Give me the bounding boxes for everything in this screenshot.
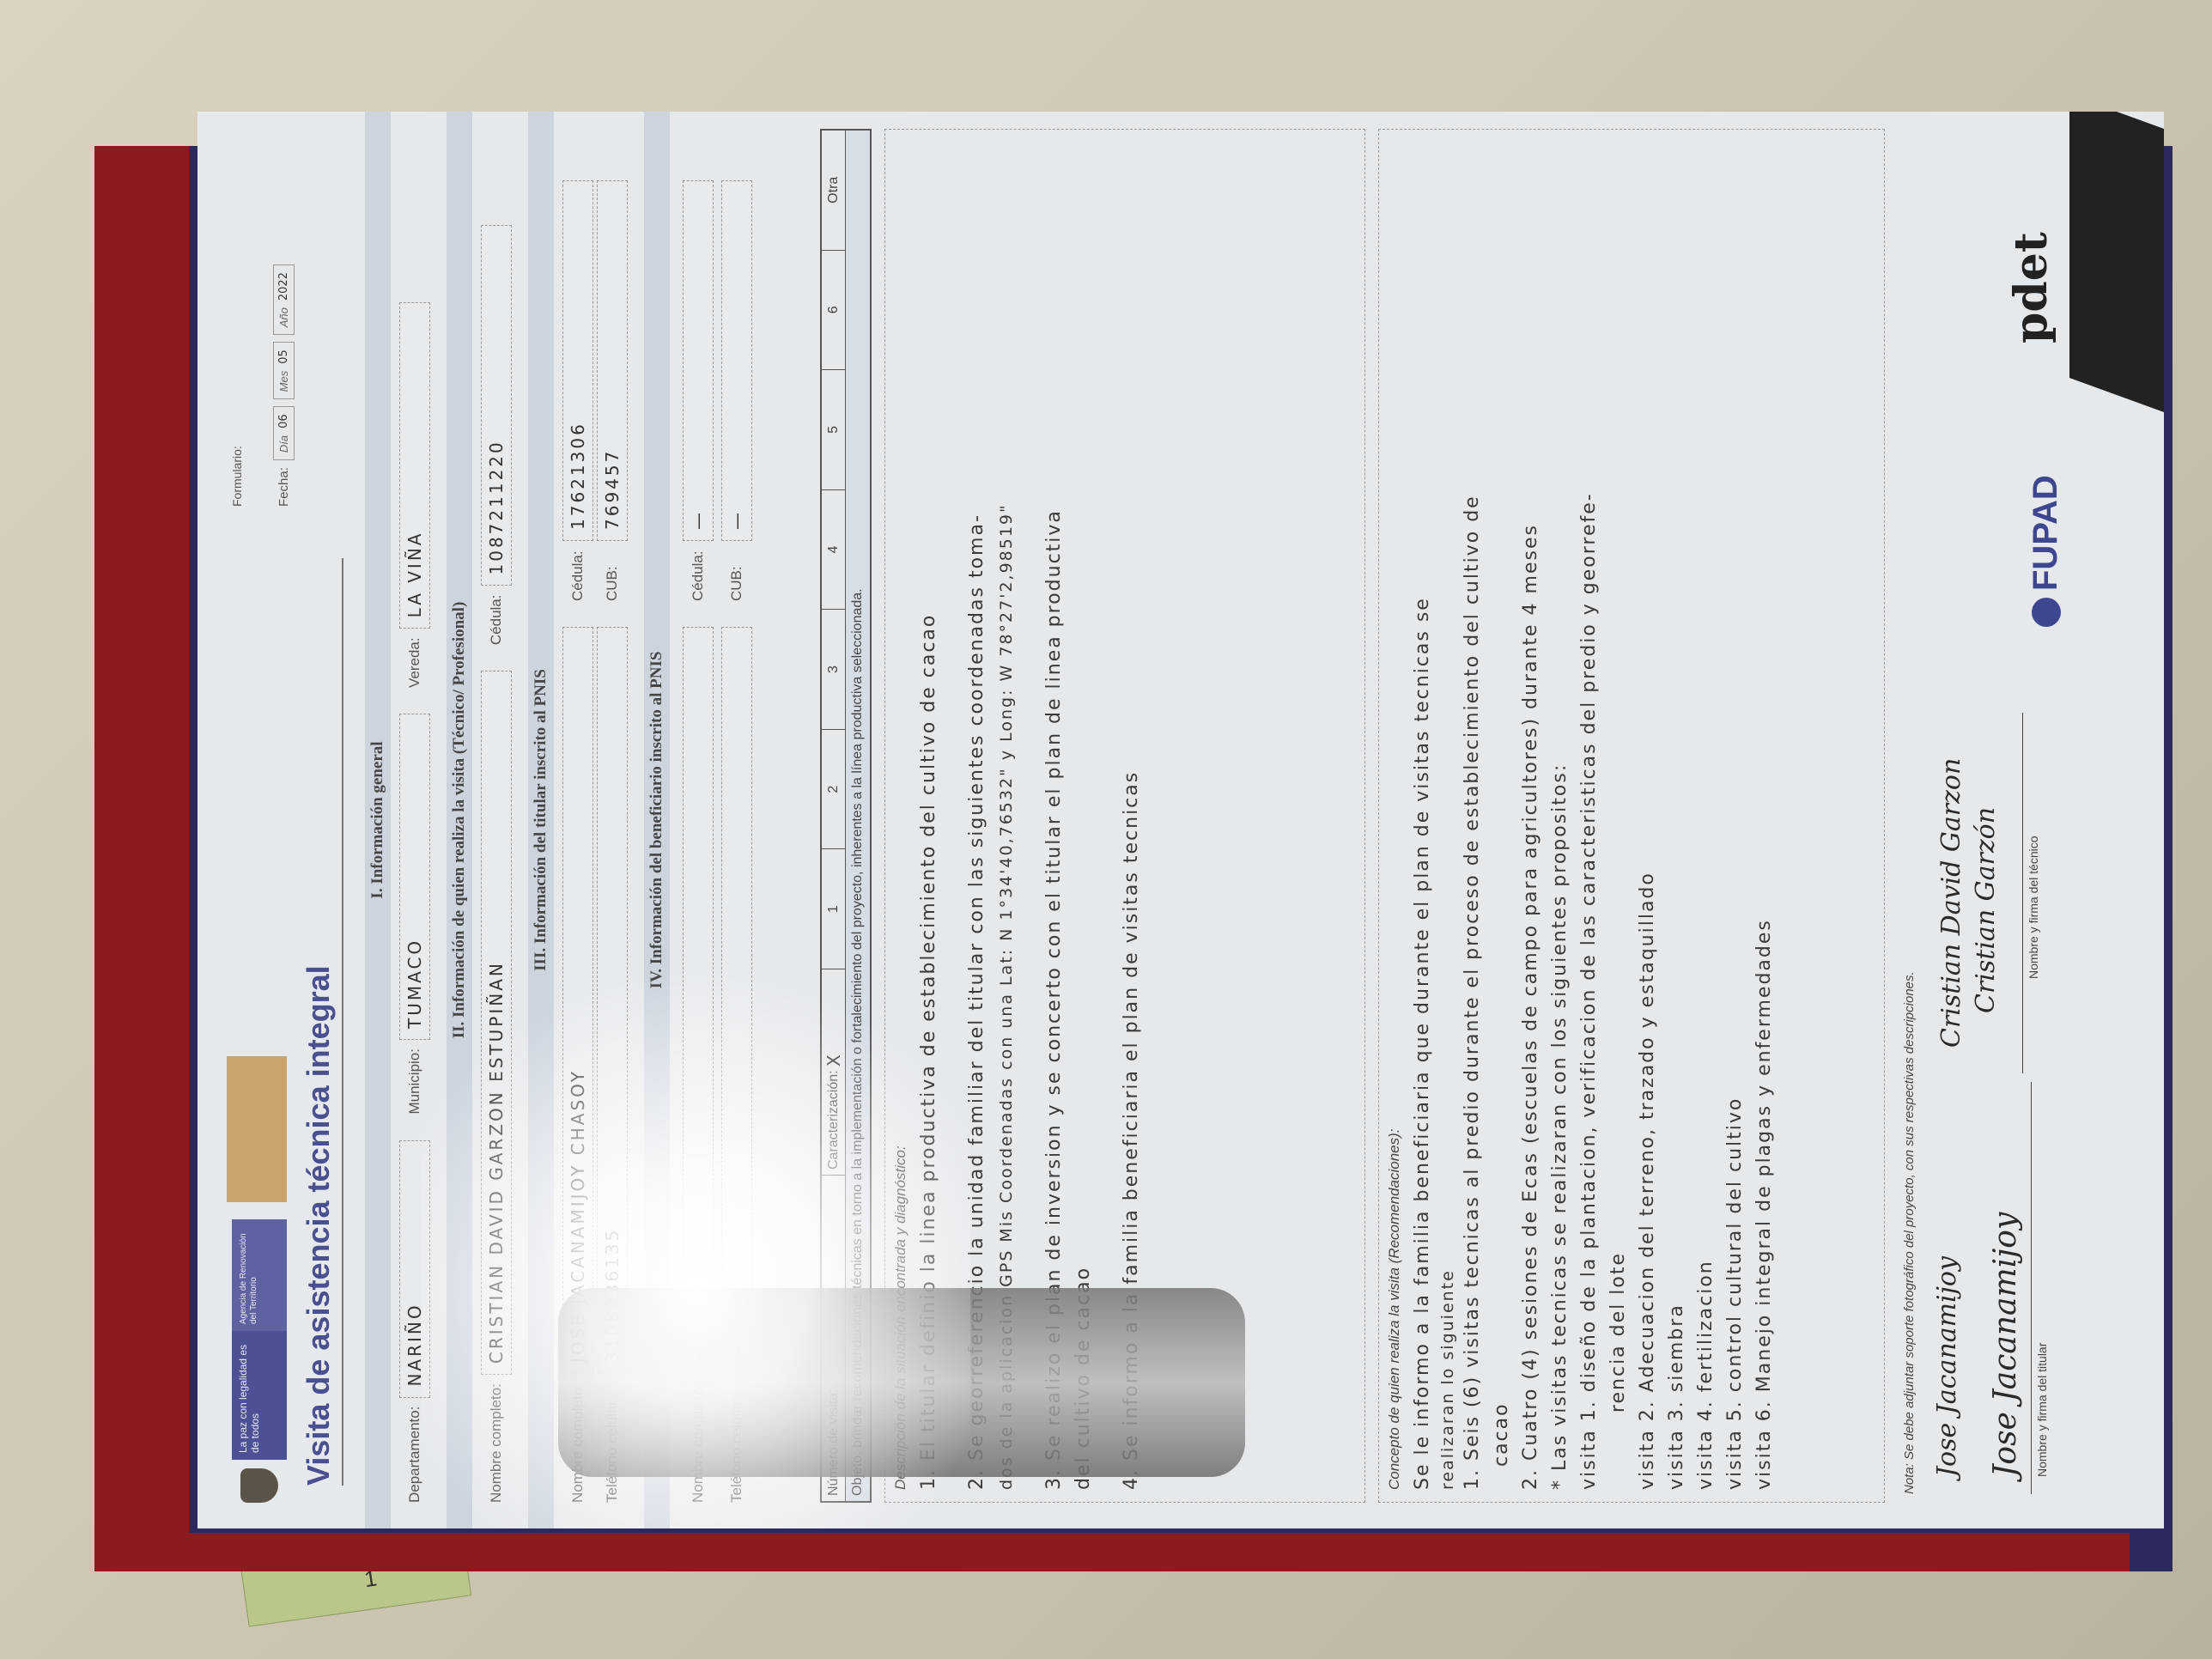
cub-label: CUB: (728, 550, 745, 601)
section-title: III. Información del titular inscrito al… (528, 112, 554, 1528)
visit-option-1[interactable]: 1 (822, 848, 845, 969)
tecnico-cedula-field[interactable]: 1087211220 (481, 226, 512, 586)
concepto-label: Concepto de quien realiza la visita (Rec… (1386, 142, 1403, 1490)
tecnico-nombre-field[interactable]: CRISTIAN DAVID GARZON ESTUPIÑAN (481, 671, 512, 1375)
beneficiario-telefono-field[interactable]: — (721, 627, 752, 1374)
cedula-label: Cédula: (569, 550, 586, 601)
municipio-label: Municipio: (406, 1048, 423, 1115)
concepto-line: realizaran lo siguiente (1437, 142, 1458, 1490)
tecnico-row: Nombre completo: CRISTIAN DAVID GARZON E… (481, 226, 512, 1504)
visit-option-3[interactable]: 3 (822, 609, 845, 729)
concepto-line: 2. Cuatro (4) sesiones de Ecas (escuelas… (1516, 142, 1546, 1490)
visit-option-otra[interactable]: Otra (822, 131, 845, 250)
fupad-logo: FUPAD (2027, 475, 2065, 627)
tecnico-name-handwritten: Cristian David Garzon (1936, 758, 1966, 1048)
visit-option-4[interactable]: 4 (822, 489, 845, 610)
mes-label: Mes (277, 371, 290, 392)
dia-label: Día (277, 435, 290, 453)
concepto-line: * Las visitas tecnicas se realizaran con… (1546, 142, 1575, 1490)
anio-value[interactable]: 2022 (277, 272, 290, 301)
titular-signature-label: Nombre y firma del titular (2035, 1343, 2049, 1477)
titular-telefono-field[interactable]: 3108936135 (597, 627, 628, 1374)
tecnico-signature-line (2022, 713, 2023, 1073)
section-title: II. Información de quien realiza la visi… (447, 112, 472, 1528)
brand-logo: La paz con legalidad es de todos (232, 1331, 287, 1460)
dia-value[interactable]: 06 (277, 414, 290, 428)
clipboard-clamp (558, 1288, 1245, 1477)
titular-signature-line (2031, 1082, 2032, 1494)
municipio-field[interactable]: TUMACO (399, 714, 430, 1040)
date-field: Fecha: Día06 Mes05 Año2022 (273, 264, 295, 507)
coat-of-arms-icon (240, 1468, 278, 1503)
formulario-label: Formulario: (230, 446, 244, 507)
concepto-line: rencia del lote (1604, 142, 1633, 1490)
form-sheet: La paz con legalidad es de todos Agencia… (197, 112, 2164, 1528)
visit-option-2[interactable]: 2 (822, 729, 845, 849)
titular-nombre-field[interactable]: JOSE JACANAMIJOY CHASOY (562, 627, 593, 1374)
titular-cedula-field[interactable]: 17621306 (562, 180, 593, 541)
vereda-label: Vereda: (406, 637, 423, 688)
general-info-row: Departamento: NARIÑO Municipio: TUMACO V… (399, 302, 430, 1503)
beneficiario-nombre-field[interactable]: — (683, 627, 714, 1374)
anio-label: Año (277, 307, 290, 327)
caracterizacion-cell[interactable]: Caracterización: X (822, 969, 845, 1175)
fupad-text: FUPAD (2027, 475, 2065, 591)
cedula-label: Cédula: (690, 550, 707, 601)
form-header: La paz con legalidad es de todos Agencia… (215, 129, 352, 1511)
tecnico-signature-label: Nombre y firma del técnico (2027, 836, 2040, 979)
concepto-line: visita 6. Manejo integral de plagas y en… (1750, 142, 1779, 1490)
concepto-area[interactable]: Concepto de quien realiza la visita (Rec… (1378, 129, 1885, 1503)
concepto-line: visita 1. diseño de la plantacion, verif… (1575, 142, 1604, 1490)
visit-option-6[interactable]: 6 (822, 250, 845, 370)
titular-name-handwritten: Jose Jacanamijoy (1932, 1256, 1962, 1477)
agency-logo: Agencia de Renovación del Territorio (232, 1219, 287, 1331)
concepto-line: 1. Seis (6) visitas tecnicas al predio d… (1458, 142, 1487, 1490)
pdet-logo: pdet (2005, 232, 2057, 343)
titular-cub-field[interactable]: 769457 (597, 180, 628, 541)
clipboard-edge (94, 146, 189, 1571)
nota-text: Nota: Se debe adjuntar soporte fotográfi… (1902, 971, 1917, 1494)
mes-value[interactable]: 05 (277, 349, 290, 364)
concepto-line: cacao (1487, 142, 1516, 1490)
tecnico-signature: Cristian Garzón (1971, 807, 2001, 1013)
section-title: I. Información general (365, 112, 391, 1528)
caracterizacion-label: Caracterización: (826, 1070, 842, 1170)
decorative-logo (227, 1056, 287, 1202)
departamento-label: Departamento: (406, 1407, 423, 1503)
cedula-label: Cédula: (488, 595, 505, 646)
clipboard-corner (2069, 112, 2164, 412)
cub-label: CUB: (604, 550, 621, 601)
beneficiario-cub-field[interactable]: — (721, 180, 752, 541)
clipboard-edge (120, 1533, 2130, 1571)
concepto-line: visita 4. fertilizacion (1692, 142, 1721, 1490)
nombre-label: Nombre completo: (488, 1383, 505, 1503)
caracterizacion-mark: X (823, 1054, 844, 1066)
concepto-line: visita 5. control cultural del cultivo (1721, 142, 1750, 1490)
titular-signature: Jose Jacanamijoy (1988, 1212, 2023, 1477)
concepto-line: visita 3. siembra (1662, 142, 1692, 1490)
concepto-line: visita 2. Adecuacion del terreno, trazad… (1633, 142, 1662, 1490)
concepto-line: Se le informo a la familia beneficiaria … (1408, 142, 1437, 1490)
departamento-field[interactable]: NARIÑO (399, 1140, 430, 1398)
visit-option-5[interactable]: 5 (822, 369, 845, 489)
vereda-field[interactable]: LA VIÑA (399, 302, 430, 629)
page-title: Visita de asistencia técnica integral (301, 965, 337, 1486)
divider (342, 558, 343, 1486)
beneficiario-cedula-field[interactable]: — (683, 180, 714, 541)
globe-icon (2032, 598, 2061, 627)
fecha-label: Fecha: (276, 467, 291, 507)
